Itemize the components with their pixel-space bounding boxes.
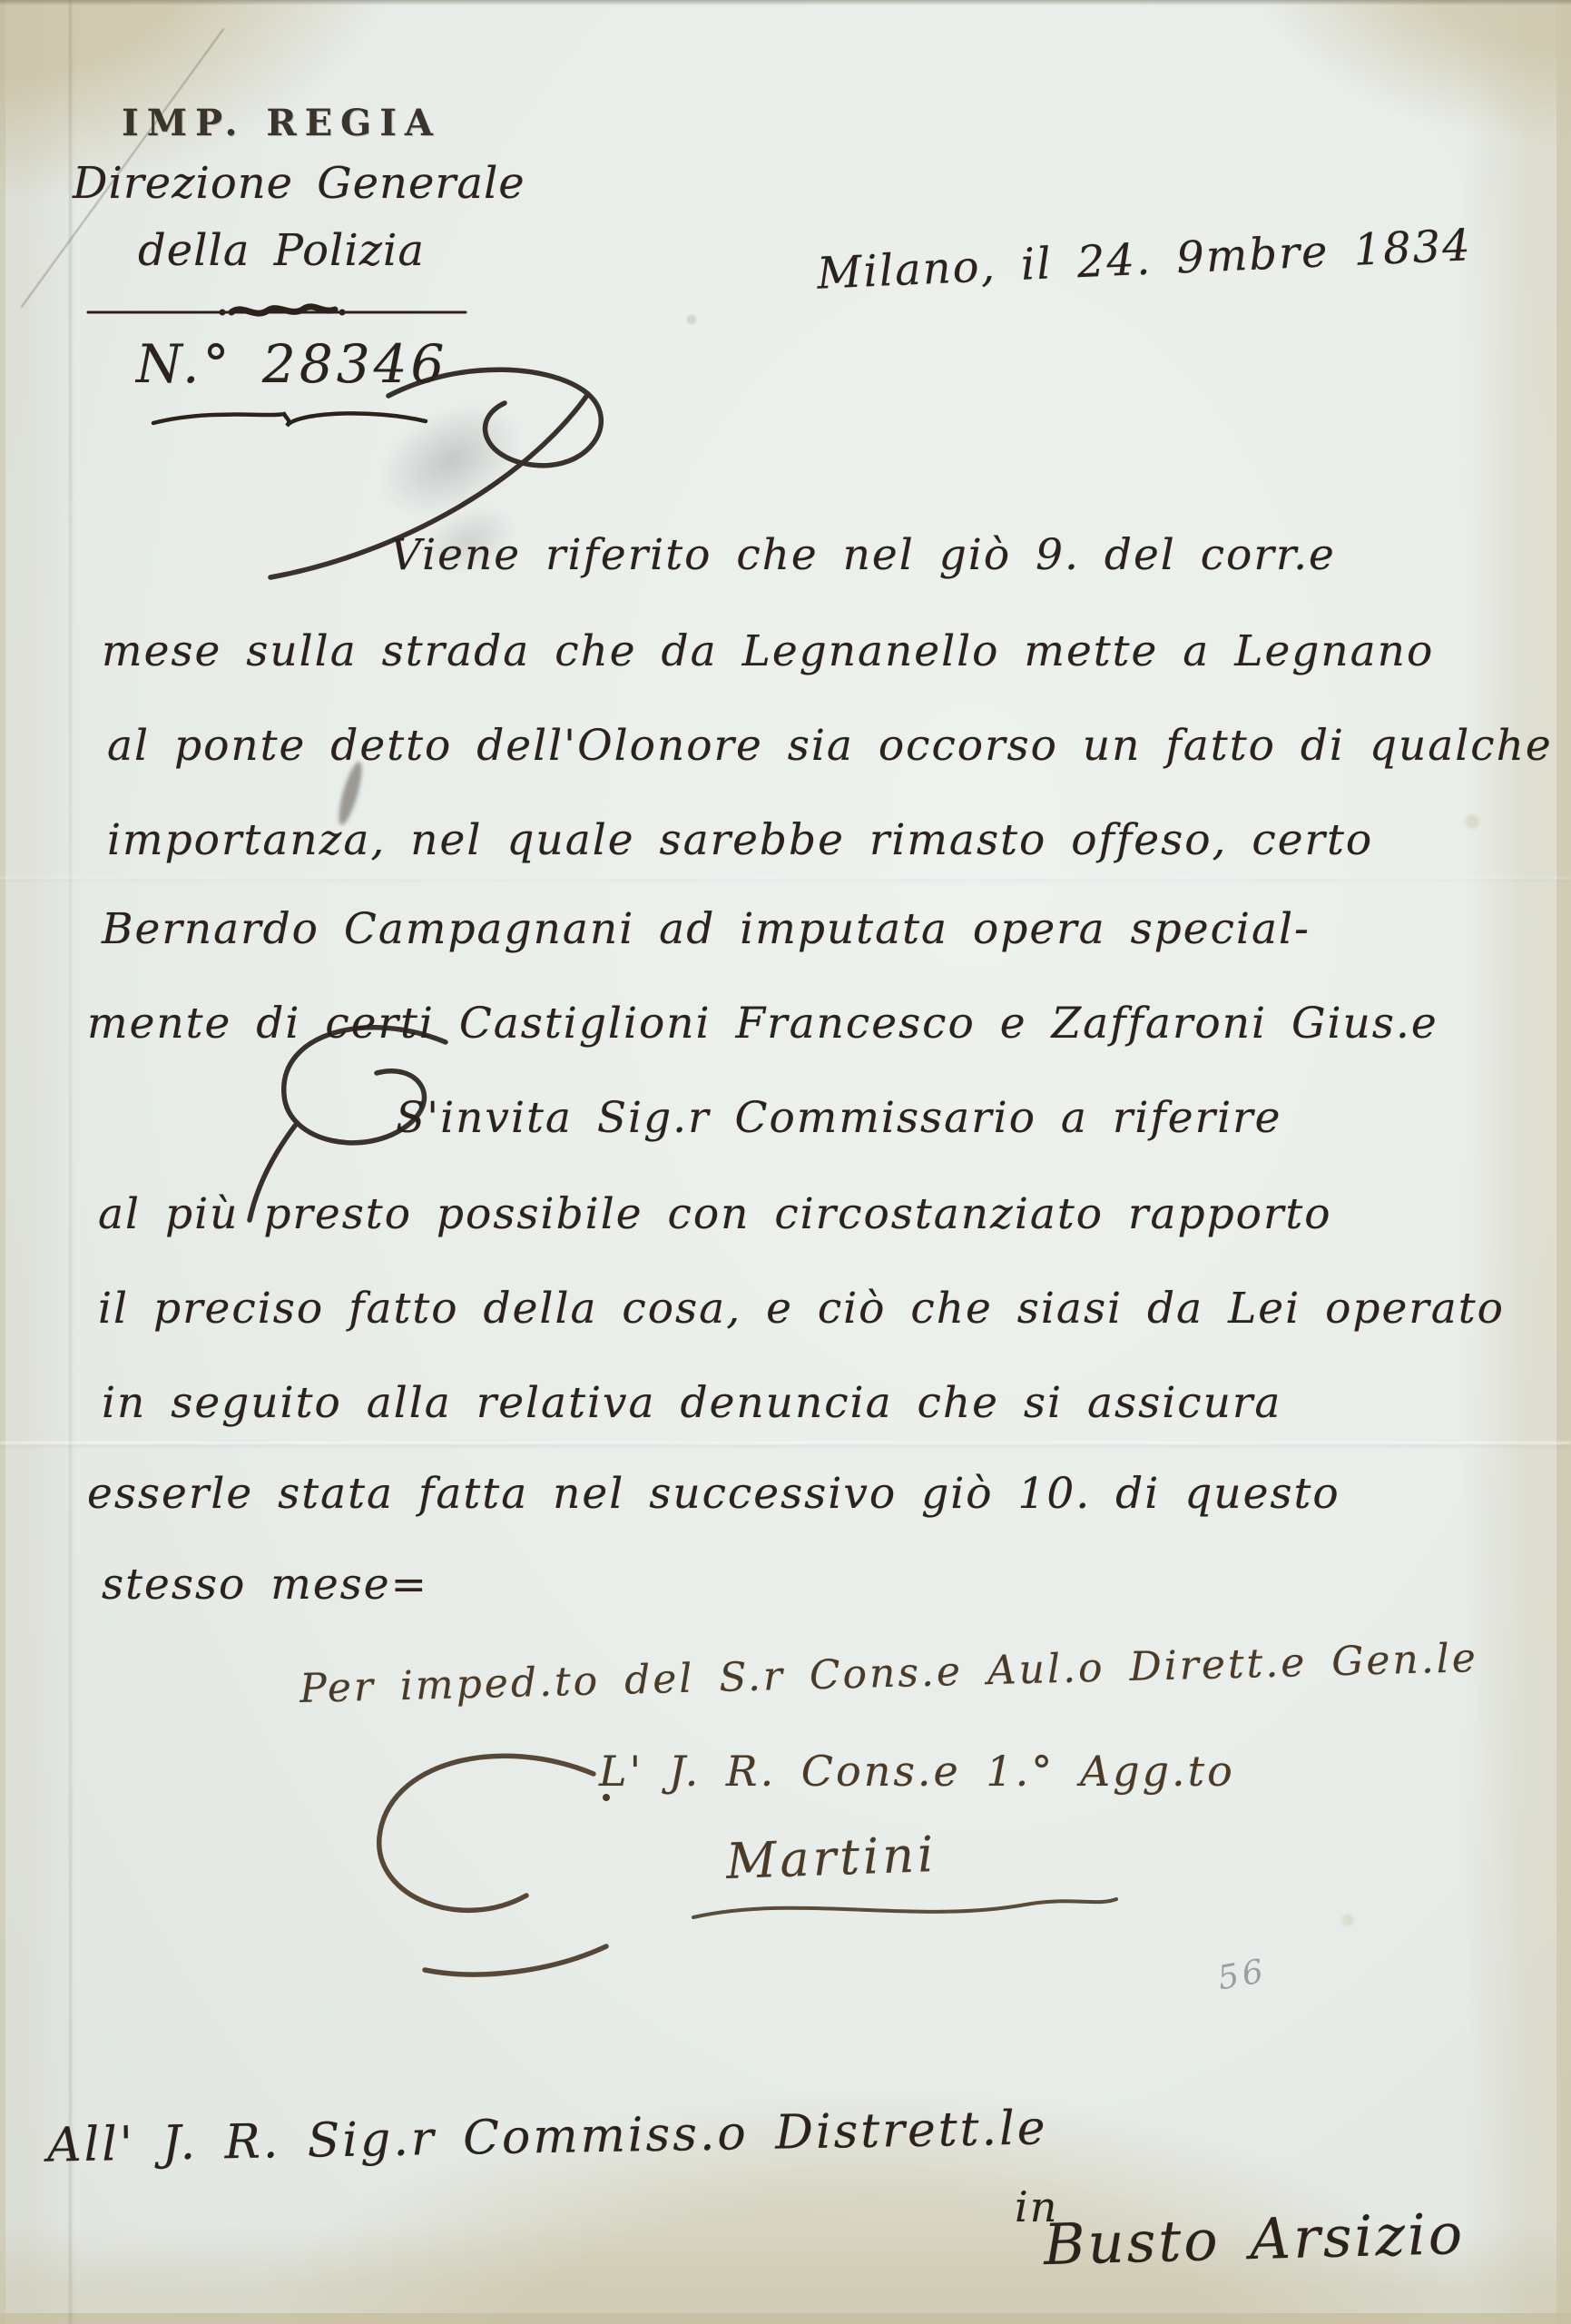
letterhead-polizia: della Polizia: [73, 229, 490, 272]
address-recipient: All' J. R. Sig.r Commiss.o Distrett.le: [47, 2104, 1048, 2169]
letterhead-divider-ornament: [86, 300, 467, 323]
body-line: mese sulla strada che da Legnanello mett…: [102, 630, 1434, 673]
closing-per-impedimento: Per imped.to del S.r Cons.e Aul.o Dirett…: [299, 1639, 1479, 1709]
body-line: al ponte detto dell'Olonore sia occorso …: [107, 724, 1553, 767]
body-line: in seguito alla relativa denuncia che si…: [102, 1382, 1281, 1424]
closing-flourish: [334, 1743, 633, 1997]
body-line: esserle stata fatta nel successivo giò 1…: [87, 1472, 1340, 1515]
body-line: al più presto possibile con circostanzia…: [98, 1193, 1332, 1236]
body-line: il preciso fatto della cosa, e ciò che s…: [98, 1287, 1505, 1330]
pencil-note: 56: [1215, 1955, 1269, 1996]
body-line: Viene riferito che nel giò 9. del corr.e: [390, 534, 1336, 576]
letterhead-agency: IMP. REGIA: [73, 102, 490, 144]
horizontal-fold-crease-lower: [0, 1442, 1571, 1444]
body-line: importanza, nel quale sarebbe rimasto of…: [107, 819, 1373, 862]
body-line: S'invita Sig.r Commissario a riferire: [396, 1097, 1281, 1139]
letterhead-direzione: Direzione Generale: [73, 162, 490, 205]
vertical-fold-crease: [69, 0, 72, 2324]
horizontal-fold-crease-upper: [0, 877, 1571, 879]
signature: Martini: [725, 1830, 938, 1886]
body-line: Bernardo Campagnani ad imputata opera sp…: [102, 908, 1311, 950]
signature-underline-flourish: [688, 1890, 1124, 1930]
body-line: stesso mese=: [102, 1563, 428, 1606]
letter-page: IMP. REGIA Direzione Generale della Poli…: [0, 0, 1571, 2324]
place-date-line: Milano, il 24. 9mbre 1834: [816, 223, 1472, 295]
address-place: Busto Arsizio: [1043, 2206, 1466, 2273]
closing-title: L' J. R. Cons.e 1.° Agg.to: [599, 1750, 1235, 1792]
